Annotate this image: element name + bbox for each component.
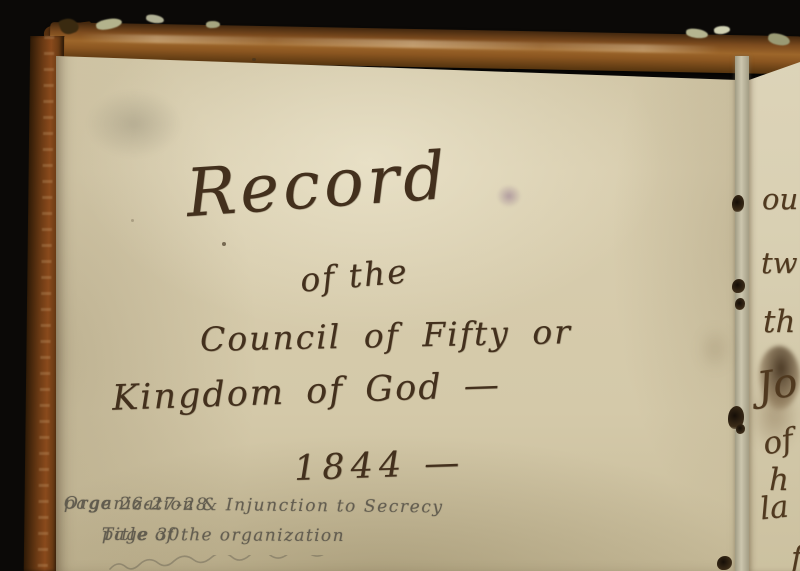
facing-page-word-fragment: la (758, 489, 790, 528)
binding-gutter (735, 56, 749, 571)
paper-speck (222, 242, 226, 246)
stitch-hole (717, 556, 732, 570)
frayed-fiber (714, 25, 731, 35)
paper-speck (131, 219, 134, 222)
facing-page-edge: ou tw th Jo of h la f (749, 0, 800, 571)
cut-off-pencil-line-strokes (106, 555, 586, 571)
pencil-note-page-ref: page 26-27-28 (64, 494, 209, 516)
ink-show-through (698, 326, 732, 372)
facing-page-word-fragment: ou (762, 182, 798, 216)
frayed-fiber (146, 14, 165, 24)
facing-page-word-fragment: Jo (754, 359, 800, 410)
facing-page-word-fragment: of (760, 422, 796, 463)
facing-page-word-fragment: f (791, 540, 800, 571)
facing-page-word-fragment: th (763, 304, 795, 340)
purple-smudge (496, 184, 522, 208)
title-line-council: Council of Fifty or (200, 312, 573, 359)
manuscript-photo: ou tw th Jo of h la f Record of the Coun… (0, 0, 800, 571)
stitch-hole (732, 195, 744, 212)
stitch-hole (735, 298, 745, 310)
facing-page-word-fragment: tw (761, 246, 797, 280)
stitch-hole (736, 424, 745, 434)
paper-speck (252, 58, 256, 61)
stitch-hole (732, 279, 745, 293)
pencil-note-page-ref: page 30 (102, 525, 181, 545)
pencil-smudge (86, 90, 182, 158)
pencil-note-clipped (106, 555, 586, 571)
title-line-year: 1844 — (293, 443, 465, 489)
